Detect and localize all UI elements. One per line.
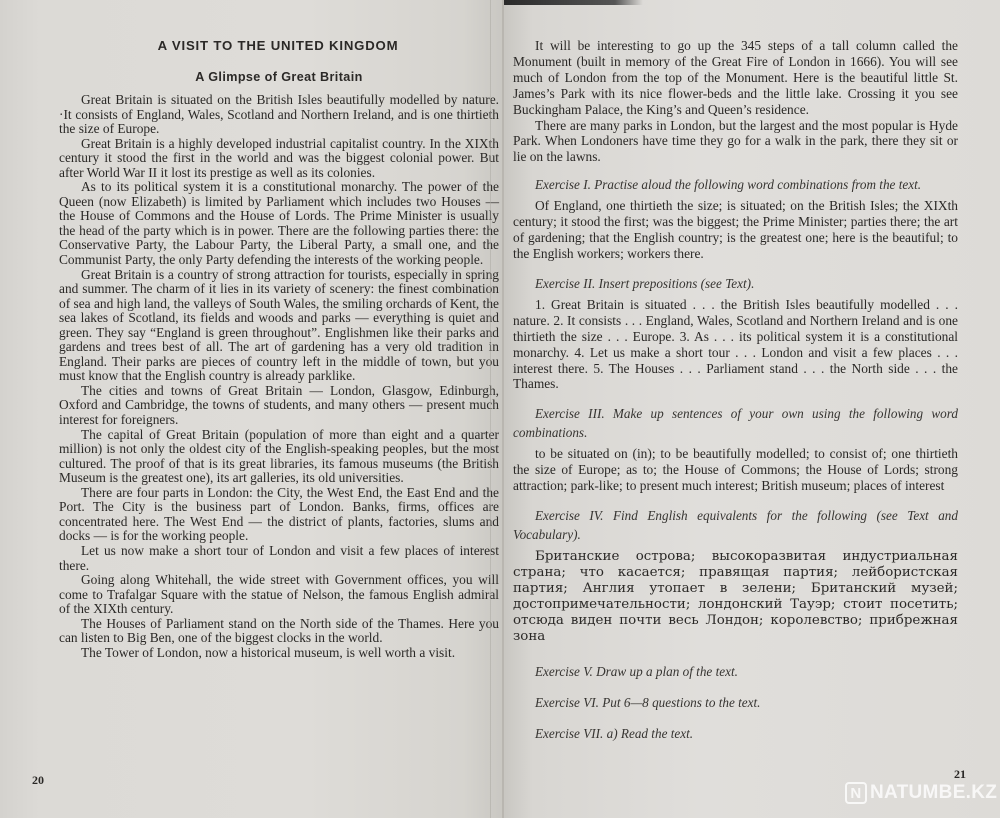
book-gutter	[502, 0, 504, 818]
paragraph: Great Britain is a country of strong att…	[59, 268, 499, 384]
paragraph: There are four parts in London: the City…	[59, 486, 499, 544]
watermark: N NATUMBE.KZ	[845, 782, 997, 804]
left-page-content: A VISIT TO THE UNITED KINGDOM A Glimpse …	[59, 38, 499, 660]
paragraph: Great Britain is a highly developed indu…	[59, 137, 499, 181]
paragraph: Let us now make a short tour of London a…	[59, 544, 499, 573]
exercise-body: to be situated on (in); to be beautifull…	[513, 446, 958, 494]
page-edge-shadow	[503, 0, 643, 5]
spacer	[513, 165, 958, 175]
exercise-title: Exercise VI. Put 6—8 questions to the te…	[513, 693, 958, 712]
right-page-content: It will be interesting to go up the 345 …	[513, 38, 958, 755]
paragraph: The cities and towns of Great Britain — …	[59, 384, 499, 428]
exercise-title: Exercise I. Practise aloud the following…	[513, 175, 958, 194]
section-title: A Glimpse of Great Britain	[59, 70, 499, 84]
page-fold	[490, 0, 491, 818]
paragraph: The Houses of Parliament stand on the No…	[59, 617, 499, 646]
exercise-title: Exercise IV. Find English equivalents fo…	[513, 506, 958, 544]
exercise-title: Exercise II. Insert prepositions (see Te…	[513, 274, 958, 293]
exercise-body: Of England, one thirtieth the size; is s…	[513, 198, 958, 262]
paragraph: The capital of Great Britain (population…	[59, 428, 499, 486]
page-number-left: 20	[32, 773, 44, 788]
paragraph: It will be interesting to go up the 345 …	[513, 38, 958, 118]
page-number-right: 21	[954, 767, 966, 782]
book-spread: A VISIT TO THE UNITED KINGDOM A Glimpse …	[0, 0, 1000, 818]
left-page: A VISIT TO THE UNITED KINGDOM A Glimpse …	[0, 0, 503, 818]
exercise-4: Exercise IV. Find English equivalents fo…	[513, 506, 958, 644]
paragraph: Great Britain is situated on the British…	[59, 93, 499, 137]
watermark-logo-icon: N	[845, 782, 867, 804]
exercise-3: Exercise III. Make up sentences of your …	[513, 404, 958, 494]
exercise-7: Exercise VII. a) Read the text.	[513, 724, 958, 743]
chapter-title: A VISIT TO THE UNITED KINGDOM	[57, 38, 499, 53]
watermark-text: NATUMBE.KZ	[870, 782, 997, 804]
exercise-title: Exercise V. Draw up a plan of the text.	[513, 662, 958, 681]
exercise-body: 1. Great Britain is situated . . . the B…	[513, 297, 958, 392]
exercise-1: Exercise I. Practise aloud the following…	[513, 175, 958, 262]
exercise-2: Exercise II. Insert prepositions (see Te…	[513, 274, 958, 392]
paragraph: Going along Whitehall, the wide street w…	[59, 573, 499, 617]
exercise-title: Exercise VII. a) Read the text.	[513, 724, 958, 743]
exercise-5: Exercise V. Draw up a plan of the text.	[513, 662, 958, 681]
exercise-title: Exercise III. Make up sentences of your …	[513, 404, 958, 442]
exercise-6: Exercise VI. Put 6—8 questions to the te…	[513, 693, 958, 712]
exercise-body: Британские острова; высокоразвитая индус…	[513, 549, 958, 644]
paragraph: There are many parks in London, but the …	[513, 118, 958, 166]
paragraph: As to its political system it is a const…	[59, 180, 499, 267]
right-page: It will be interesting to go up the 345 …	[503, 0, 1000, 818]
paragraph: The Tower of London, now a historical mu…	[59, 646, 499, 661]
